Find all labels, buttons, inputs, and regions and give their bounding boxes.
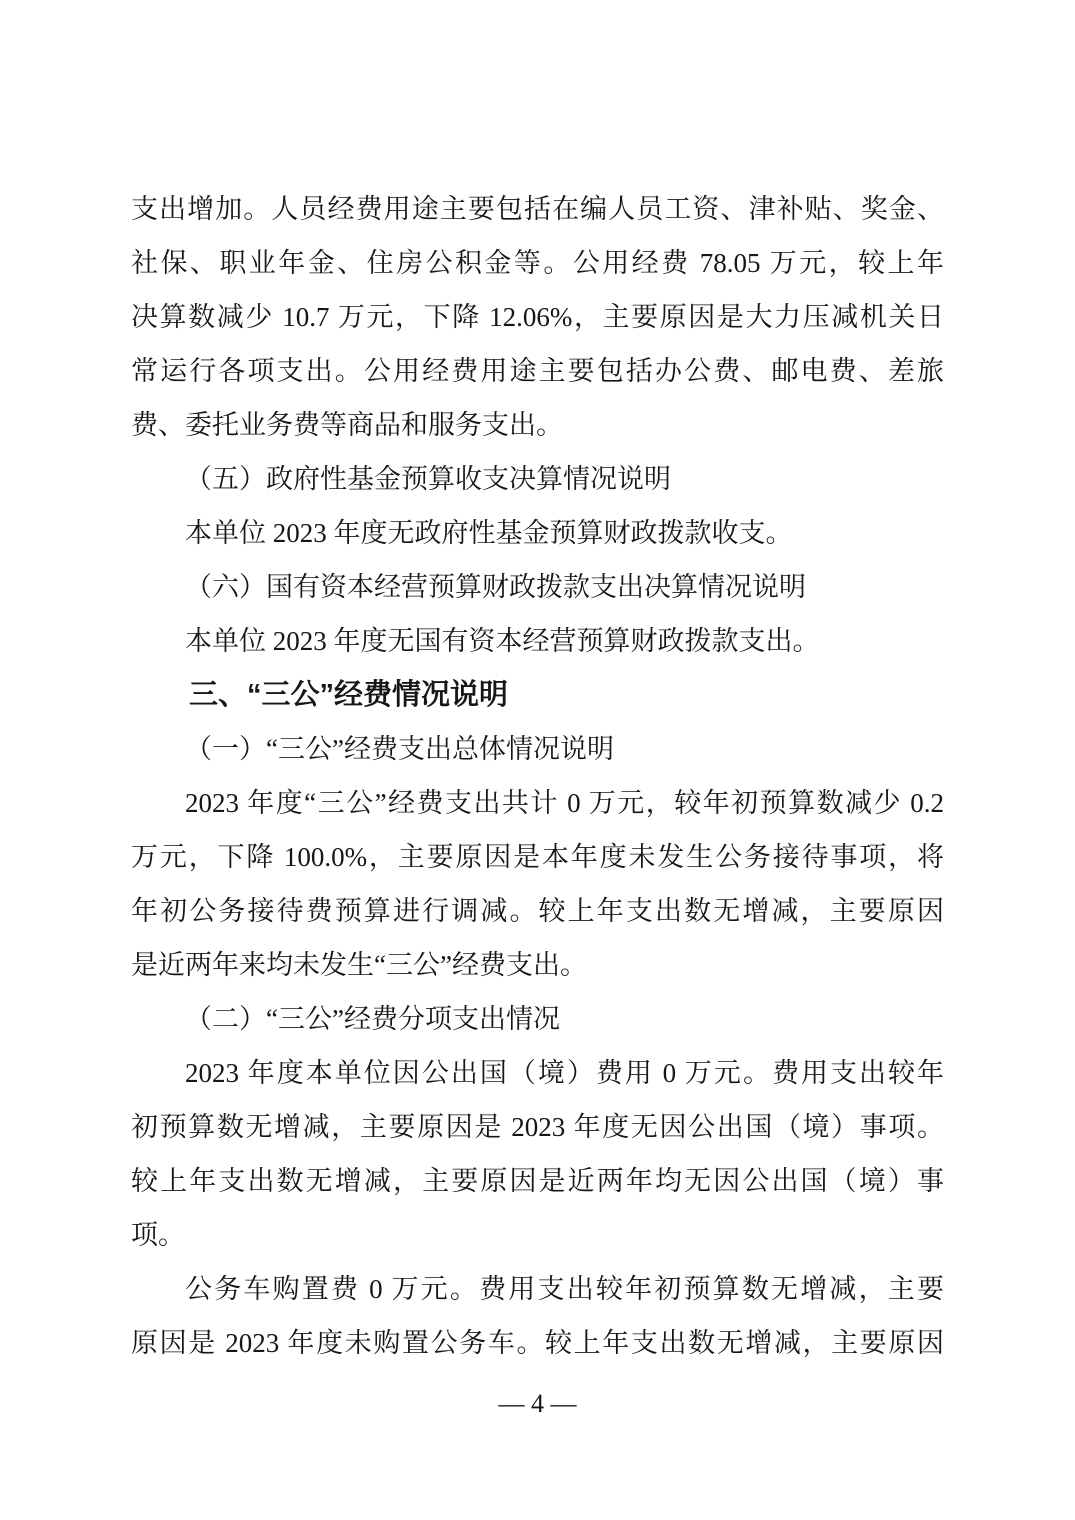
paragraph-line: 较上年支出数无增减，主要原因是近两年均无因公出国（境）事 [131, 1154, 944, 1208]
paragraph-line: 公务车购置费 0 万元。费用支出较年初预算数无增减，主要 [131, 1262, 944, 1316]
paragraph-line: 本单位 2023 年度无国有资本经营预算财政拨款支出。 [131, 614, 944, 668]
paragraph-line: 万元，下降 100.0%，主要原因是本年度未发生公务接待事项，将 [131, 830, 944, 884]
heading-chapter-three: 三、“三公”经费情况说明 [131, 668, 944, 722]
paragraph-line: 本单位 2023 年度无政府性基金预算财政拨款收支。 [131, 506, 944, 560]
paragraph-line: 2023 年度“三公”经费支出共计 0 万元，较年初预算数减少 0.2 [131, 776, 944, 830]
heading-subsection-two: （二）“三公”经费分项支出情况 [131, 992, 944, 1046]
paragraph-line: 原因是 2023 年度未购置公务车。较上年支出数无增减，主要原因 [131, 1316, 944, 1370]
paragraph-line: 项。 [131, 1208, 944, 1262]
paragraph-line: 支出增加。人员经费用途主要包括在编人员工资、津补贴、奖金、 [131, 182, 944, 236]
heading-subsection-one: （一）“三公”经费支出总体情况说明 [131, 722, 944, 776]
paragraph-line: 初预算数无增减，主要原因是 2023 年度无因公出国（境）事项。 [131, 1100, 944, 1154]
paragraph-line: 决算数减少 10.7 万元，下降 12.06%，主要原因是大力压减机关日 [131, 290, 944, 344]
heading-section-six: （六）国有资本经营预算财政拨款支出决算情况说明 [131, 560, 944, 614]
paragraph-line: 是近两年来均未发生“三公”经费支出。 [131, 938, 944, 992]
paragraph-line: 2023 年度本单位因公出国（境）费用 0 万元。费用支出较年 [131, 1046, 944, 1100]
paragraph-line: 费、委托业务费等商品和服务支出。 [131, 398, 944, 452]
document-body: 支出增加。人员经费用途主要包括在编人员工资、津补贴、奖金、 社保、职业年金、住房… [131, 182, 944, 1370]
paragraph-line: 年初公务接待费预算进行调减。较上年支出数无增减，主要原因 [131, 884, 944, 938]
page-number: — 4 — [0, 1388, 1075, 1420]
paragraph-line: 常运行各项支出。公用经费用途主要包括办公费、邮电费、差旅 [131, 344, 944, 398]
document-page: 支出增加。人员经费用途主要包括在编人员工资、津补贴、奖金、 社保、职业年金、住房… [0, 0, 1075, 1520]
heading-section-five: （五）政府性基金预算收支决算情况说明 [131, 452, 944, 506]
paragraph-line: 社保、职业年金、住房公积金等。公用经费 78.05 万元，较上年 [131, 236, 944, 290]
